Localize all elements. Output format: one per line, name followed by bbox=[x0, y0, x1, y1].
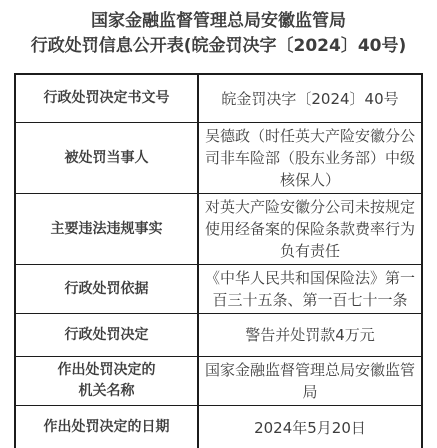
row-label: 作出处罚决定的 机关名称 bbox=[15, 357, 198, 406]
row-label: 行政处罚决定 bbox=[15, 314, 198, 357]
table-row: 主要违法违规事实 对英大产险安徽分公司未按规定使用经备案的保险条款费率行为负有责… bbox=[15, 194, 422, 265]
table-row: 作出处罚决定的 机关名称 国家金融监督管理总局安徽监管局 bbox=[15, 357, 422, 406]
table-row: 行政处罚依据 《中华人民共和国保险法》第一百三十五条、第一百七十一条 bbox=[15, 265, 422, 314]
row-value: 国家金融监督管理总局安徽监管局 bbox=[198, 357, 422, 406]
row-value: 皖金罚决字〔2024〕40号 bbox=[198, 74, 422, 123]
table-row: 作出处罚决定的日期 2024年5月20日 bbox=[15, 406, 422, 448]
row-label: 行政处罚决定书文号 bbox=[15, 74, 198, 123]
row-value: 对英大产险安徽分公司未按规定使用经备案的保险条款费率行为负有责任 bbox=[198, 194, 422, 265]
row-label: 行政处罚依据 bbox=[15, 265, 198, 314]
row-value: 吴德政（时任英大产险安徽分公司非车险部（股东业务部）中级核保人） bbox=[198, 123, 422, 194]
table-row: 被处罚当事人 吴德政（时任英大产险安徽分公司非车险部（股东业务部）中级核保人） bbox=[15, 123, 422, 194]
row-value: 2024年5月20日 bbox=[198, 406, 422, 448]
row-label: 作出处罚决定的日期 bbox=[15, 406, 198, 448]
row-label: 被处罚当事人 bbox=[15, 123, 198, 194]
row-value: 《中华人民共和国保险法》第一百三十五条、第一百七十一条 bbox=[198, 265, 422, 314]
penalty-info-table: 行政处罚决定书文号 皖金罚决字〔2024〕40号 被处罚当事人 吴德政（时任英大… bbox=[14, 73, 423, 448]
table-row: 行政处罚决定书文号 皖金罚决字〔2024〕40号 bbox=[15, 74, 422, 123]
title-line-2: 行政处罚信息公开表(皖金罚决字〔2024〕40号) bbox=[0, 34, 437, 59]
table-row: 行政处罚决定 警告并处罚款4万元 bbox=[15, 314, 422, 357]
row-value: 警告并处罚款4万元 bbox=[198, 314, 422, 357]
document-title: 国家金融监督管理总局安徽监管局 行政处罚信息公开表(皖金罚决字〔2024〕40号… bbox=[0, 0, 437, 59]
row-label: 主要违法违规事实 bbox=[15, 194, 198, 265]
title-line-1: 国家金融监督管理总局安徽监管局 bbox=[0, 9, 437, 34]
page: 国家金融监督管理总局安徽监管局 行政处罚信息公开表(皖金罚决字〔2024〕40号… bbox=[0, 0, 437, 448]
